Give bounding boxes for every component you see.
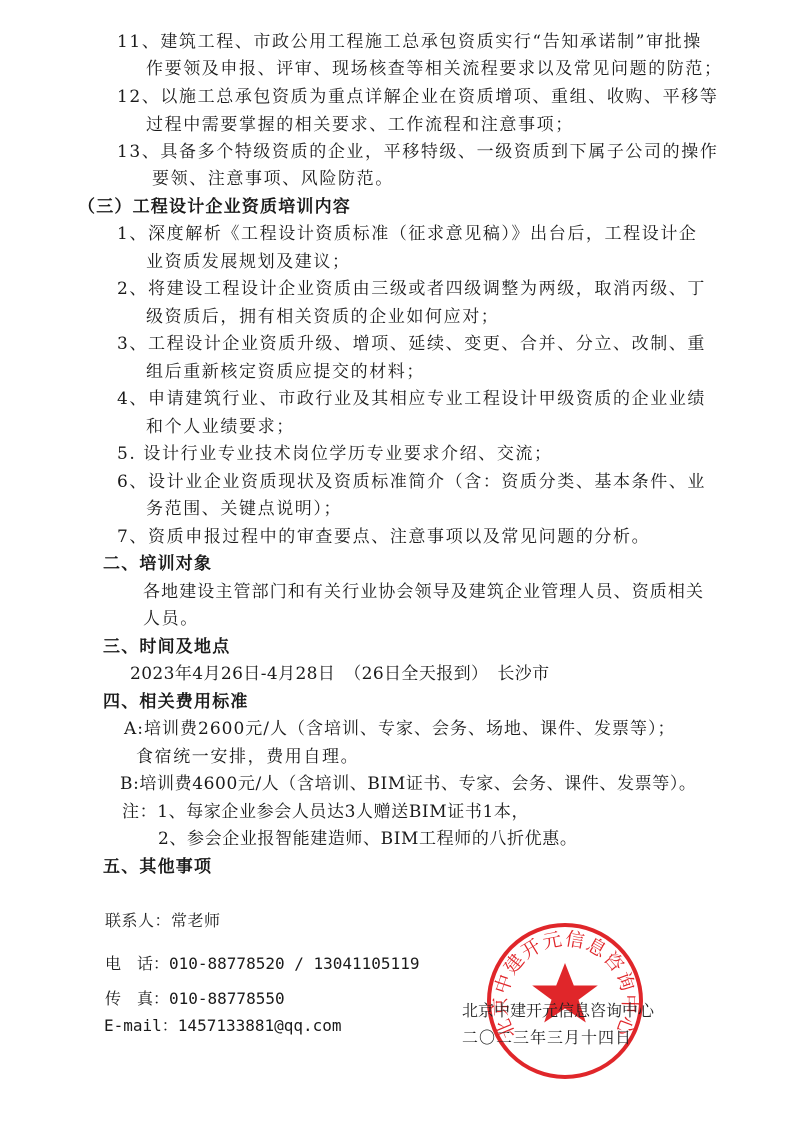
signature-date: 二〇二三年三月十四日 <box>462 1028 632 1048</box>
section-fees-heading: 四、相关费用标准 <box>103 691 249 713</box>
design-item-1-line-2: 业资质发展规划及建议； <box>146 251 351 273</box>
design-item-2-line-2: 级资质后，拥有相关资质的企业如何应对； <box>146 306 499 328</box>
audience-line-1: 各地建设主管部门和有关行业协会领导及建筑企业管理人员、资质相关 <box>143 581 704 603</box>
design-item-4-line-2: 和个人业绩要求； <box>146 416 295 438</box>
item-11-line-2: 作要领及申报、评审、现场核查等相关流程要求以及常见问题的防范； <box>146 58 723 80</box>
fee-option-b: B:培训费4600元/人（含培训、BIM证书、专家、会务、课件、发票等）。 <box>120 773 697 795</box>
contact-email: E-mail：1457133881@qq.com <box>104 1015 342 1037</box>
item-12-line-1: 12、以施工总承包资质为重点详解企业在资质增项、重组、收购、平移等 <box>117 86 718 108</box>
section-audience-heading: 二、培训对象 <box>103 553 212 575</box>
design-item-6-line-2: 务范围、关键点说明）； <box>146 498 342 520</box>
signature-org: 北京中建开元信息咨询中心 <box>462 1001 654 1021</box>
design-item-6-line-1: 6、设计业企业资质现状及资质标准简介（含：资质分类、基本条件、业 <box>117 471 706 493</box>
design-item-3-line-1: 3、工程设计企业资质升级、增项、延续、变更、合并、分立、改制、重 <box>117 333 706 355</box>
item-11-line-1: 11、建筑工程、市政公用工程施工总承包资质实行“告知承诺制”审批操 <box>117 31 702 53</box>
fee-option-a-note: 食宿统一安排，费用自理。 <box>136 746 359 768</box>
section-design-heading: （三）工程设计企业资质培训内容 <box>78 196 351 218</box>
fee-note-2: 2、参会企业报智能建造师、BIM工程师的八折优惠。 <box>158 828 577 850</box>
time-place-value: 2023年4月26日-4月28日 （26日全天报到） 长沙市 <box>130 663 550 685</box>
contact-phone: 电 话：010-88778520 / 13041105119 <box>105 953 419 975</box>
design-item-1-line-1: 1、深度解析《工程设计资质标准（征求意见稿）》出台后，工程设计企 <box>117 223 698 245</box>
item-13-line-2: 要领、注意事项、风险防范。 <box>152 168 394 190</box>
fee-note-1: 注：1、每家企业参会人员达3人赠送BIM证书1本， <box>122 801 529 823</box>
section-other-heading: 五、其他事项 <box>103 856 212 878</box>
design-item-3-line-2: 组后重新核定资质应提交的材料； <box>146 361 425 383</box>
contact-person: 联系人：常老师 <box>105 910 221 932</box>
design-item-5: 5. 设计行业专业技术岗位学历专业要求介绍、交流； <box>117 443 553 465</box>
fee-option-a: A:培训费2600元/人（含培训、专家、会务、场地、课件、发票等）； <box>124 718 676 740</box>
contact-fax: 传 真：010-88778550 <box>105 988 285 1010</box>
design-item-7: 7、资质申报过程中的审查要点、注意事项以及常见问题的分析。 <box>117 526 650 548</box>
design-item-4-line-1: 4、申请建筑行业、市政行业及其相应专业工程设计甲级资质的企业业绩 <box>117 388 706 410</box>
item-13-line-1: 13、具备多个特级资质的企业，平移特级、一级资质到下属子公司的操作 <box>117 141 718 163</box>
item-12-line-2: 过程中需要掌握的相关要求、工作流程和注意事项； <box>146 114 574 136</box>
section-time-heading: 三、时间及地点 <box>103 636 230 658</box>
design-item-2-line-1: 2、将建设工程设计企业资质由三级或者四级调整为两级，取消丙级、丁 <box>117 278 706 300</box>
audience-line-2: 人员。 <box>143 608 199 630</box>
